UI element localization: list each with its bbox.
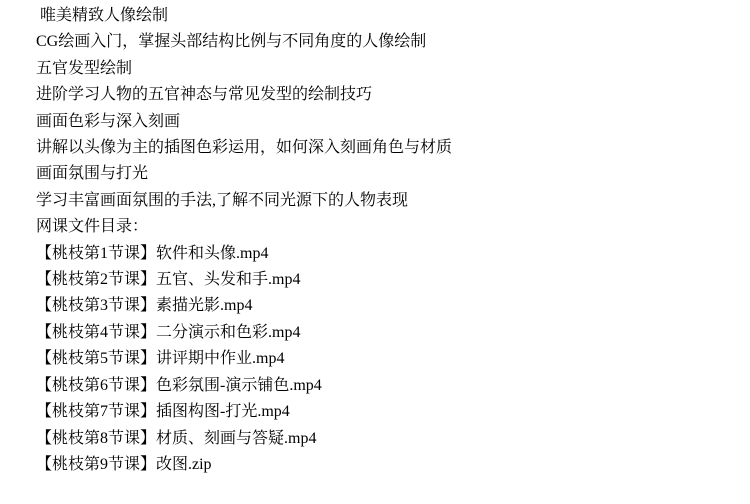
course-section-title: 画面氛围与打光 <box>36 161 730 187</box>
course-section-description: 进阶学习人物的五官神态与常见发型的绘制技巧 <box>36 82 730 108</box>
file-list-item: 【桃枝第2节课】五官、头发和手.mp4 <box>36 267 730 293</box>
course-section-description: 讲解以头像为主的插图色彩运用，如何深入刻画角色与材质 <box>36 135 730 161</box>
course-section-title: 五官发型绘制 <box>36 56 730 82</box>
file-list-item: 【桃枝第4节课】二分演示和色彩.mp4 <box>36 320 730 346</box>
file-list-item: 【桃枝第8节课】材质、刻画与答疑.mp4 <box>36 426 730 452</box>
file-list-item: 【桃枝第3节课】素描光影.mp4 <box>36 293 730 319</box>
file-list-item: 【桃枝第9节课】改图.zip <box>36 452 730 478</box>
file-list-item: 【桃枝第6节课】色彩氛围-演示铺色.mp4 <box>36 373 730 399</box>
file-list-item: 【桃枝第7节课】插图构图-打光.mp4 <box>36 399 730 425</box>
course-section-description: 学习丰富画面氛围的手法,了解不同光源下的人物表现 <box>36 188 730 214</box>
course-section-description: CG绘画入门，掌握头部结构比例与不同角度的人像绘制 <box>36 29 730 55</box>
file-list-item: 【桃枝第1节课】软件和头像.mp4 <box>36 241 730 267</box>
file-list-item: 【桃枝第5节课】讲评期中作业.mp4 <box>36 346 730 372</box>
course-syllabus-document: 唯美精致人像绘制 CG绘画入门，掌握头部结构比例与不同角度的人像绘制 五官发型绘… <box>0 0 750 504</box>
directory-heading: 网课文件目录： <box>36 214 730 240</box>
course-section-title: 唯美精致人像绘制 <box>36 3 730 29</box>
course-section-title: 画面色彩与深入刻画 <box>36 109 730 135</box>
